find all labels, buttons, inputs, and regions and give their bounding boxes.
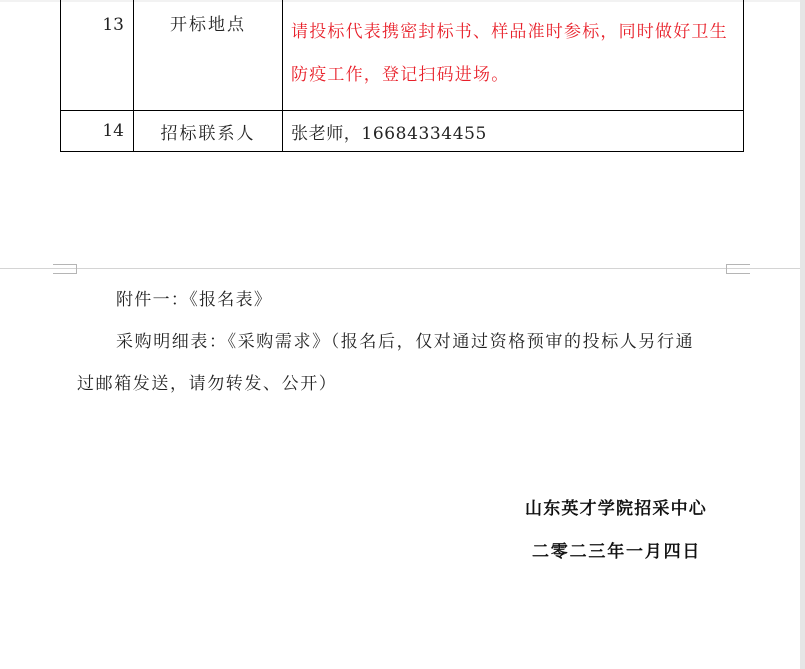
bid-info-table: 13 开标地点 请投标代表携密封标书、样品准时参标，同时做好卫生 防疫工作，登记… [60, 0, 744, 152]
procurement-detail-text-line2: 过邮箱发送，请勿转发、公开） [77, 369, 337, 394]
signature-organization: 山东英才学院招采中心 [525, 494, 707, 519]
vertical-scrollbar[interactable] [800, 0, 805, 669]
document-viewport: 13 开标地点 请投标代表携密封标书、样品准时参标，同时做好卫生 防疫工作，登记… [0, 0, 805, 669]
row-number: 13 [61, 0, 134, 111]
table-row: 14 招标联系人 张老师，16684334455 [61, 111, 744, 152]
page-margin-corner-mark-right [726, 264, 750, 274]
row-value: 张老师，16684334455 [283, 111, 744, 152]
row-value-line: 请投标代表携密封标书、样品准时参标，同时做好卫生 [291, 11, 737, 54]
row-label: 招标联系人 [134, 111, 283, 152]
page-break-divider [0, 268, 800, 269]
row-value: 请投标代表携密封标书、样品准时参标，同时做好卫生 防疫工作，登记扫码进场。 [283, 0, 744, 111]
table-row: 13 开标地点 请投标代表携密封标书、样品准时参标，同时做好卫生 防疫工作，登记… [61, 0, 744, 111]
row-value-line: 防疫工作，登记扫码进场。 [291, 54, 737, 97]
row-label: 开标地点 [134, 0, 283, 111]
page-margin-corner-mark-left [53, 264, 77, 274]
attachment-one-text: 附件一：《报名表》 [116, 285, 272, 310]
procurement-detail-text-line1: 采购明细表：《采购需求》（报名后，仅对通过资格预审的投标人另行通 [116, 327, 694, 352]
row-number: 14 [61, 111, 134, 152]
signature-date: 二零二三年一月四日 [532, 537, 701, 562]
